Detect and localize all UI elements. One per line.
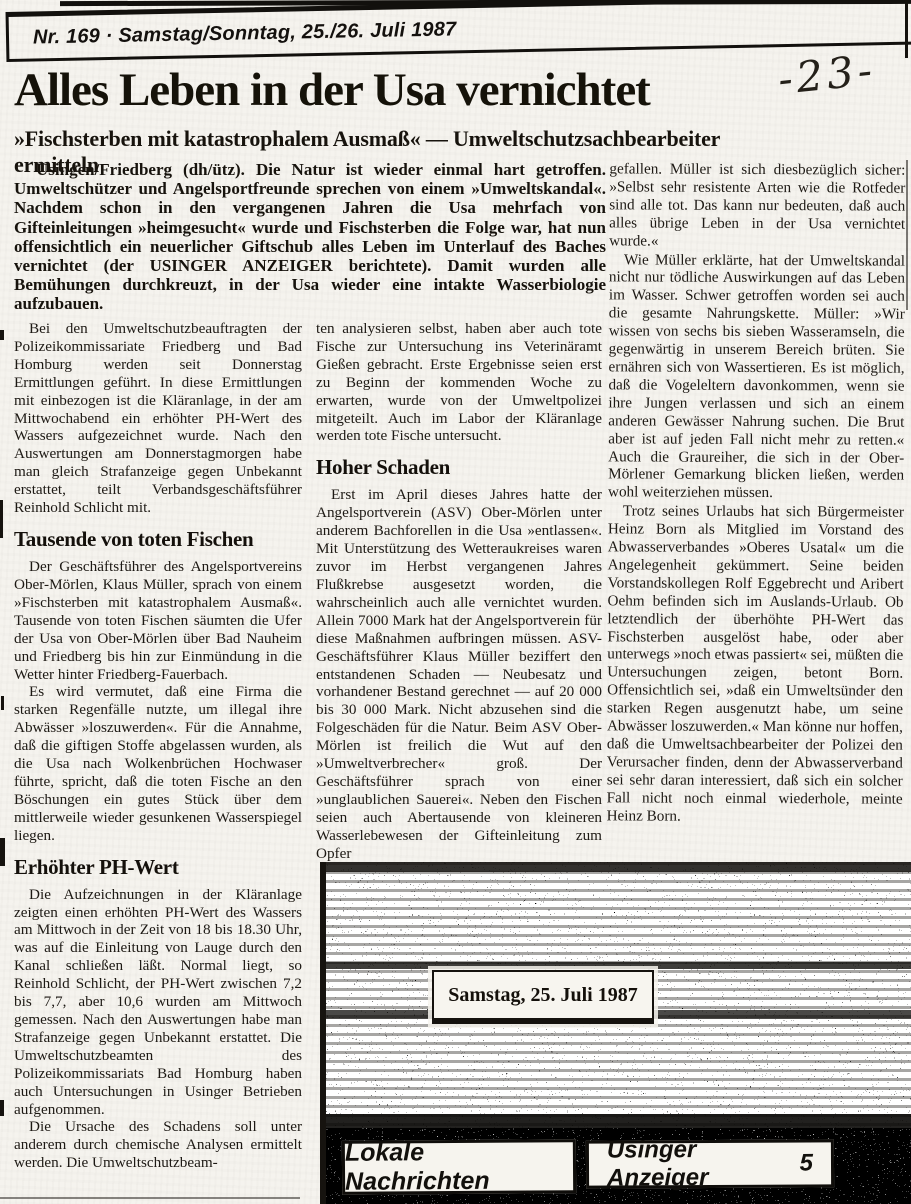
article-headline: Alles Leben in der Usa vernichtet [14,66,714,115]
river-photo-halftone: Samstag, 25. Juli 1987 [320,862,911,1128]
paper-name-label: Usinger Anzeiger [607,1136,800,1193]
section-heading-tote-fische: Tausende von toten Fischen [14,528,302,551]
paragraph: Erst im April dieses Jahres hatte der An… [316,486,602,862]
scan-edge-artifact [0,1100,4,1116]
paragraph: Die Aufzeichnungen in der Kläranlage zei… [14,886,302,1119]
page-number-label: 5 [800,1149,814,1177]
scan-edge-artifact [0,838,5,866]
scan-edge-artifact [0,330,4,340]
lead-paragraph: Usingen/Friedberg (dh/ütz). Die Natur is… [14,160,606,314]
photo-dark-band [326,962,911,969]
section-heading-hoher-schaden: Hoher Schaden [316,456,602,479]
scan-edge-artifact [0,500,3,538]
section-name-box: Lokale Nachrichten [342,1139,576,1195]
column-2: ten analysieren selbst, haben aber auch … [316,320,602,862]
photo-dark-band [326,1114,911,1128]
handwritten-page-number: -23- [776,45,878,104]
paragraph: Trotz seines Urlaubs hat sich Bürgermeis… [607,503,904,827]
column-1: Bei den Umweltschutzbeauftragten der Pol… [14,320,302,1172]
section-heading-ph-wert: Erhöhter PH-Wert [14,856,302,879]
newspaper-page-scan: Nr. 169 · Samstag/Sonntag, 25./26. Juli … [0,0,911,1204]
photo-date-label: Samstag, 25. Juli 1987 [432,970,654,1024]
scan-edge-artifact [1,696,4,710]
paragraph: Es wird vermutet, daß eine Firma die sta… [14,683,302,844]
scan-edge-artifact [906,160,908,310]
column-3: gefallen. Müller ist sich diesbezüglich … [607,160,906,826]
paper-name-box: Usinger Anzeiger 5 [586,1139,834,1188]
page-footer-bar: Lokale Nachrichten Usinger Anzeiger 5 [320,1128,911,1204]
paragraph: Der Geschäftsführer des Angelsportverein… [14,558,302,683]
issue-date-line: Nr. 169 · Samstag/Sonntag, 25./26. Juli … [9,18,457,50]
section-name-label: Lokale Nachrichten [345,1137,573,1197]
paragraph: Wie Müller erklärte, hat der Umweltskand… [608,251,905,503]
paragraph: Die Ursache des Schadens soll unter ande… [14,1118,302,1172]
paragraph: gefallen. Müller ist sich diesbezüglich … [609,160,905,251]
scan-edge-artifact [0,1197,300,1199]
masthead-strip: Nr. 169 · Samstag/Sonntag, 25./26. Juli … [6,0,911,62]
lead-text: Usingen/Friedberg (dh/ütz). Die Natur is… [14,160,606,314]
scan-edge-artifact [905,0,908,58]
paragraph: Bei den Umweltschutzbeauftragten der Pol… [14,320,302,517]
paragraph: ten analysieren selbst, haben aber auch … [316,320,602,445]
